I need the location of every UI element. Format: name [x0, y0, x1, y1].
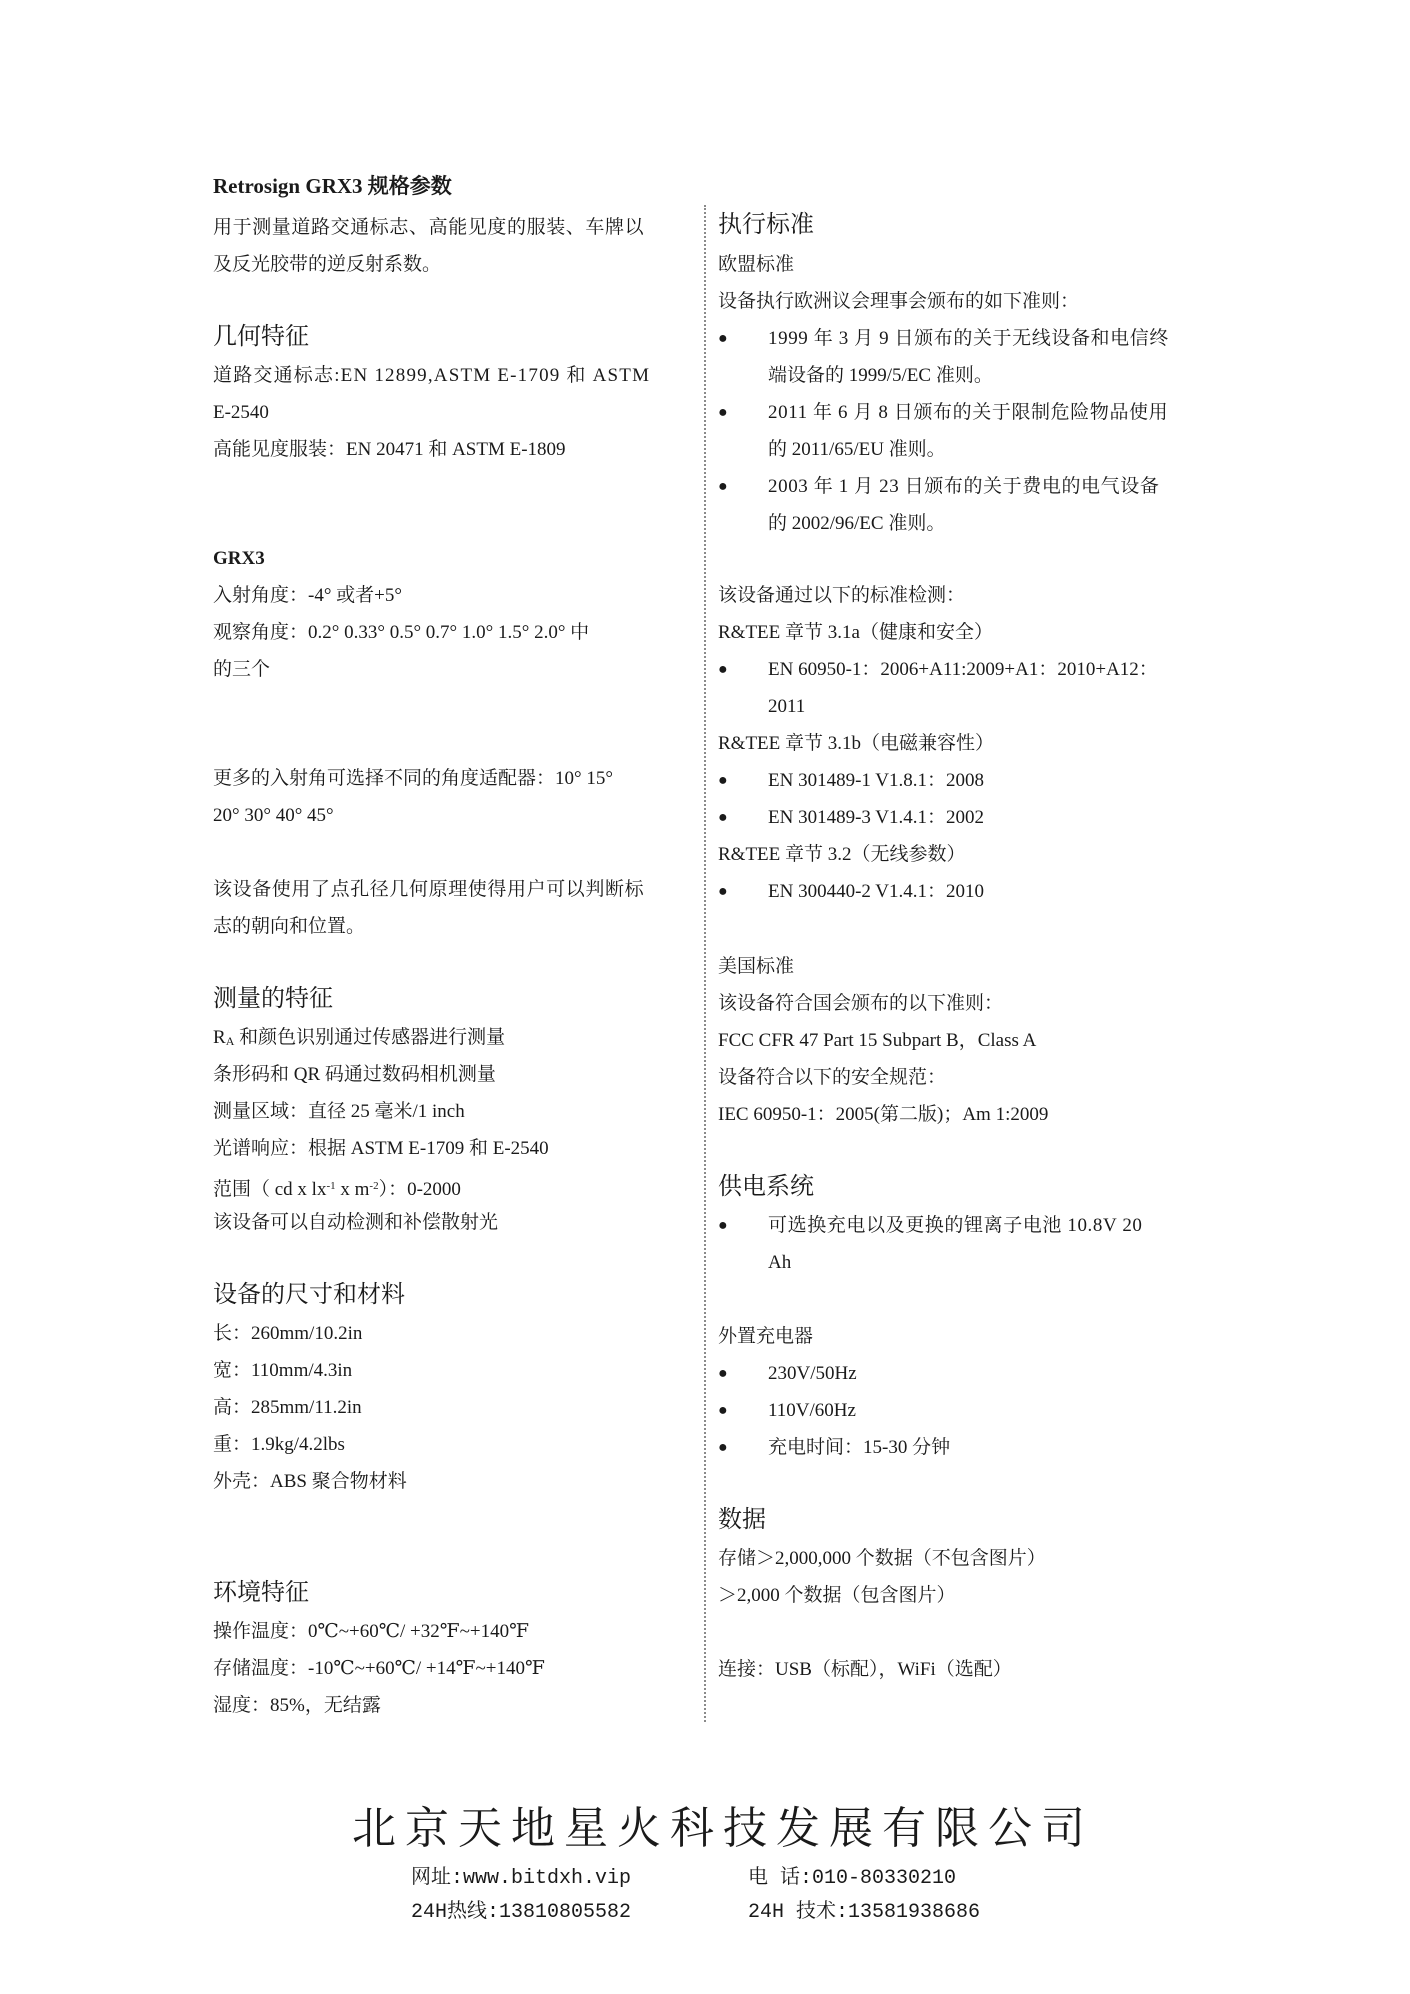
- us-line-2: FCC CFR 47 Part 15 Subpart B，Class A: [718, 1029, 1036, 1053]
- dimension-length: 长：260mm/10.2in: [213, 1322, 362, 1346]
- rtee-3-1b-standard-2: EN 301489-3 V1.4.1：2002: [768, 806, 984, 830]
- bullet-icon: ●: [718, 806, 728, 830]
- geometry-line-2: E-2540: [213, 401, 269, 425]
- measurement-area: 测量区域：直径 25 毫米/1 inch: [213, 1100, 465, 1124]
- incidence-angle: 入射角度：-4° 或者+5°: [213, 584, 402, 608]
- tests-intro: 该设备通过以下的标准检测：: [718, 584, 965, 608]
- eu-intro: 设备执行欧洲议会理事会颁布的如下准则：: [718, 290, 1079, 314]
- data-heading: 数据: [718, 1505, 766, 1535]
- us-line-1: 该设备符合国会颁布的以下准则：: [718, 992, 1003, 1016]
- footer-hotline: 24H热线:13810805582: [411, 1894, 631, 1924]
- charger-230v: 230V/50Hz: [768, 1362, 857, 1386]
- aperture-line-2: 志的朝向和位置。: [213, 915, 365, 939]
- measurement-spectral: 光谱响应：根据 ASTM E-1709 和 E-2540: [213, 1137, 549, 1161]
- aperture-line-1: 该设备使用了点孔径几何原理使得用户可以判断标: [213, 878, 644, 902]
- adapters-line-2: 20° 30° 40° 45°: [213, 804, 334, 828]
- company-name: 北京天地星火科技发展有限公司: [352, 1792, 1094, 1856]
- connection-info: 连接：USB（标配），WiFi（选配）: [718, 1658, 1012, 1682]
- measurement-ra: RA 和颜色识别通过传感器进行测量: [213, 1026, 505, 1053]
- geometry-line-3: 高能见度服装：EN 20471 和 ASTM E-1809: [213, 438, 566, 462]
- charge-time: 充电时间：15-30 分钟: [768, 1436, 950, 1460]
- intro-line-2: 及反光胶带的逆反射系数。: [213, 253, 441, 277]
- document-title: Retrosign GRX3 规格参数: [213, 174, 452, 198]
- us-line-3: 设备符合以下的安全规范：: [718, 1066, 946, 1090]
- charger-label: 外置充电器: [718, 1325, 813, 1349]
- column-divider: [704, 205, 706, 1722]
- eu-directive-2-line-2: 的 2011/65/EU 准则。: [768, 438, 946, 462]
- bullet-icon: ●: [718, 401, 728, 425]
- measurement-heading: 测量的特征: [213, 984, 333, 1014]
- bullet-icon: ●: [718, 1436, 728, 1460]
- dimension-height: 高：285mm/11.2in: [213, 1396, 362, 1420]
- rtee-3-1a-standard-line-1: EN 60950-1：2006+A11:2009+A1：2010+A12：: [768, 658, 1158, 682]
- intro-line-1: 用于测量道路交通标志、高能见度的服装、车牌以: [213, 216, 644, 240]
- humidity: 湿度：85%，无结露: [213, 1694, 381, 1718]
- dimension-width: 宽：110mm/4.3in: [213, 1359, 352, 1383]
- geometry-line-1: 道路交通标志:EN 12899,ASTM E-1709 和 ASTM: [213, 364, 650, 388]
- rtee-3-1b: R&TEE 章节 3.1b（电磁兼容性）: [718, 732, 994, 756]
- rtee-3-1a: R&TEE 章节 3.1a（健康和安全）: [718, 621, 993, 645]
- observation-angle-line-2: 的三个: [213, 658, 270, 682]
- standards-heading: 执行标准: [718, 210, 814, 240]
- grx3-heading: GRX3: [213, 547, 265, 571]
- footer-tech-support: 24H 技术:13581938686: [748, 1894, 980, 1924]
- eu-directive-3-line-1: 2003 年 1 月 23 日颁布的关于费电的电气设备: [768, 475, 1159, 499]
- us-standards-label: 美国标准: [718, 955, 794, 979]
- battery-line-1: 可选换充电以及更换的锂离子电池 10.8V 20: [768, 1214, 1143, 1238]
- measurement-range: 范围（ cd x lx-1 x m-2）：0-2000: [213, 1174, 461, 1202]
- bullet-icon: ●: [718, 880, 728, 904]
- storage-temperature: 存储温度：-10℃~+60℃/ +14℉~+140℉: [213, 1657, 545, 1681]
- eu-directive-3-line-2: 的 2002/96/EC 准则。: [768, 512, 945, 536]
- data-storage-line-2: ＞2,000 个数据（包含图片）: [718, 1584, 956, 1608]
- eu-directive-1-line-1: 1999 年 3 月 9 日颁布的关于无线设备和电信终: [768, 327, 1169, 351]
- data-storage-line-1: 存储＞2,000,000 个数据（不包含图片）: [718, 1547, 1046, 1571]
- dimensions-heading: 设备的尺寸和材料: [213, 1280, 405, 1310]
- charger-110v: 110V/60Hz: [768, 1399, 856, 1423]
- operating-temperature: 操作温度：0℃~+60℃/ +32℉~+140℉: [213, 1620, 529, 1644]
- dimension-weight: 重：1.9kg/4.2lbs: [213, 1433, 345, 1457]
- dimension-housing: 外壳：ABS 聚合物材料: [213, 1470, 407, 1494]
- rtee-3-2: R&TEE 章节 3.2（无线参数）: [718, 843, 966, 867]
- rtee-3-2-standard-1: EN 300440-2 V1.4.1：2010: [768, 880, 984, 904]
- geometry-heading: 几何特征: [213, 322, 309, 352]
- bullet-icon: ●: [718, 475, 728, 499]
- observation-angle-line-1: 观察角度：0.2° 0.33° 0.5° 0.7° 1.0° 1.5° 2.0°…: [213, 621, 589, 645]
- eu-directive-1-line-2: 端设备的 1999/5/EC 准则。: [768, 364, 993, 388]
- bullet-icon: ●: [718, 1214, 728, 1238]
- bullet-icon: ●: [718, 1399, 728, 1423]
- bullet-icon: ●: [718, 327, 728, 351]
- rtee-3-1b-standard-1: EN 301489-1 V1.8.1：2008: [768, 769, 984, 793]
- us-line-4: IEC 60950-1：2005(第二版)；Am 1:2009: [718, 1103, 1048, 1127]
- eu-standards-label: 欧盟标准: [718, 253, 794, 277]
- adapters-line-1: 更多的入射角可选择不同的角度适配器：10° 15°: [213, 767, 613, 791]
- bullet-icon: ●: [718, 769, 728, 793]
- eu-directive-2-line-1: 2011 年 6 月 8 日颁布的关于限制危险物品使用: [768, 401, 1168, 425]
- footer-phone: 电 话:010-80330210: [748, 1860, 956, 1890]
- battery-line-2: Ah: [768, 1251, 791, 1275]
- bullet-icon: ●: [718, 1362, 728, 1386]
- footer-website: 网址:www.bitdxh.vip: [411, 1860, 631, 1890]
- rtee-3-1a-standard-line-2: 2011: [768, 695, 805, 719]
- environment-heading: 环境特征: [213, 1578, 309, 1608]
- measurement-stray-light: 该设备可以自动检测和补偿散射光: [213, 1211, 498, 1235]
- measurement-barcode: 条形码和 QR 码通过数码相机测量: [213, 1063, 496, 1087]
- power-heading: 供电系统: [718, 1172, 814, 1202]
- bullet-icon: ●: [718, 658, 728, 682]
